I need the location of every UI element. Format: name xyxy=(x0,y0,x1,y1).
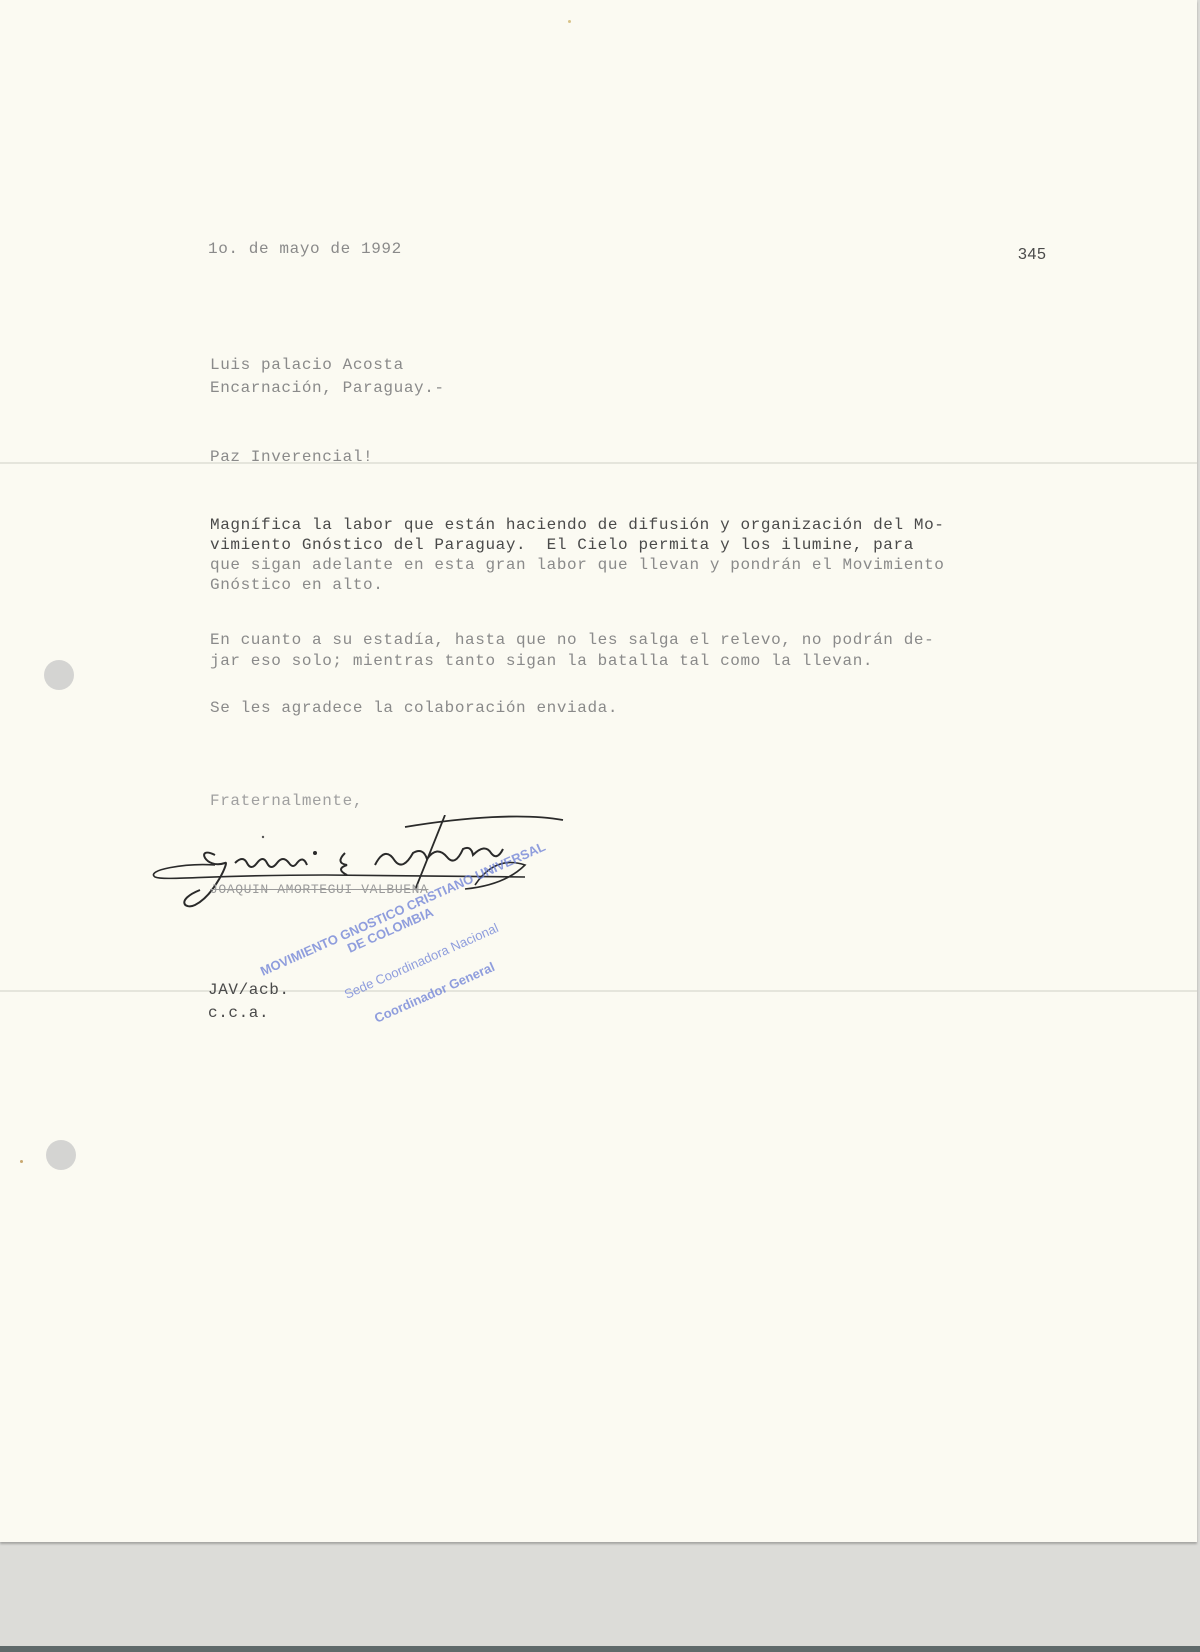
punch-hole xyxy=(44,660,74,690)
punch-hole xyxy=(46,1140,76,1170)
body-line: Se les agradece la colaboración enviada. xyxy=(210,700,618,718)
typist-initials: JAV/acb. xyxy=(208,982,290,1000)
letter-date: 1o. de mayo de 1992 xyxy=(208,240,402,258)
recipient-name: Luis palacio Acosta xyxy=(210,357,404,375)
recipient-location: Encarnación, Paraguay.- xyxy=(210,380,445,398)
paper-fold-line xyxy=(0,462,1197,464)
body-line: Magnífica la labor que están haciendo de… xyxy=(210,517,945,535)
letter-closing: Fraternalmente, xyxy=(210,792,363,810)
letter-page: 1o. de mayo de 1992 345 Luis palacio Aco… xyxy=(0,0,1197,1542)
body-line: Gnóstico en alto. xyxy=(210,577,383,595)
handwritten-signature xyxy=(145,815,595,925)
paper-stain xyxy=(568,20,571,23)
paper-stain xyxy=(20,1160,23,1163)
body-line: vimiento Gnóstico del Paraguay. El Cielo… xyxy=(210,537,914,555)
letter-greeting: Paz Inverencial! xyxy=(210,448,373,466)
body-line: jar eso solo; mientras tanto sigan la ba… xyxy=(210,653,873,671)
scanner-edge xyxy=(0,1646,1200,1652)
paper-fold-line xyxy=(0,990,1197,992)
typed-signature: JOAQUIN AMORTEGUI VALBUENA xyxy=(210,882,428,897)
page-number: 345 xyxy=(1018,246,1047,264)
body-line: que sigan adelante en esta gran labor qu… xyxy=(210,557,945,575)
carbon-copy: c.c.a. xyxy=(208,1005,269,1023)
body-line: En cuanto a su estadía, hasta que no les… xyxy=(210,632,934,650)
